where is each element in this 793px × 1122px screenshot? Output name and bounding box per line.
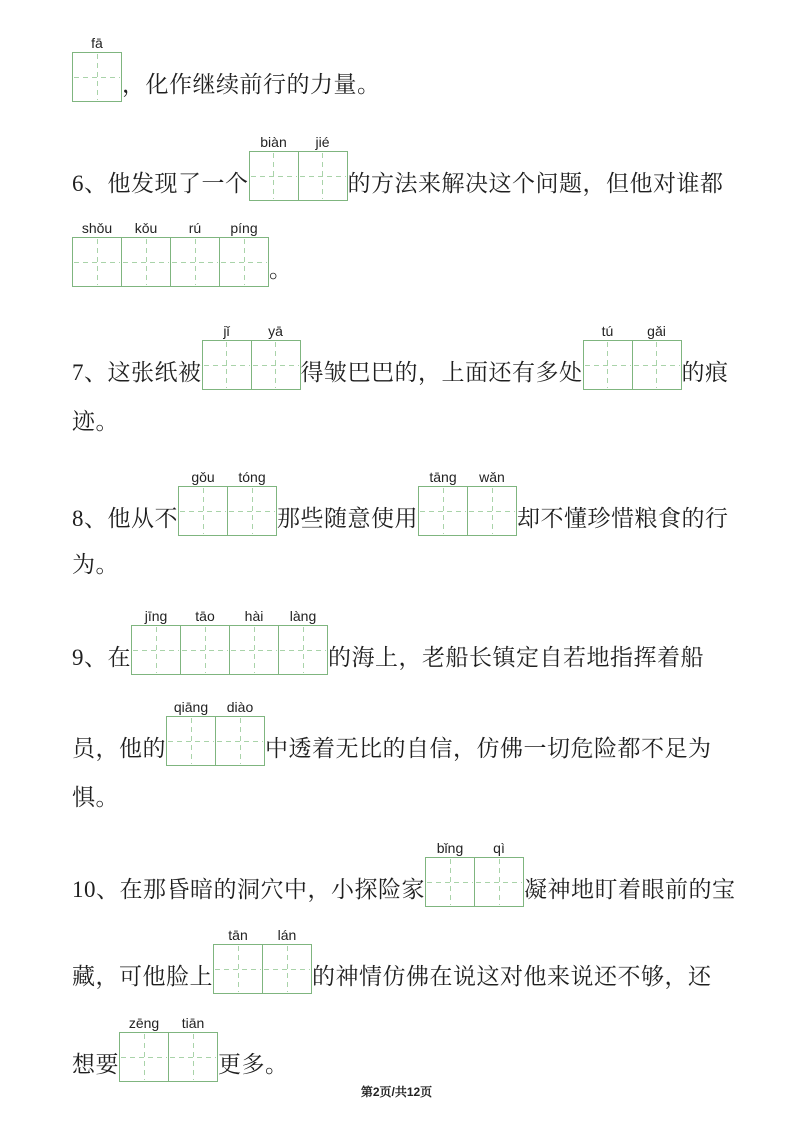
sentence-text: 的痕 [682,359,729,390]
pinyin-label: tóng [238,470,265,485]
worksheet-line: 6、他发现了一个 biàn jié 的方法来解决这个问题，但他对谁都 [72,135,745,201]
writing-box [215,716,265,766]
sentence-text: 中透着无比的自信，仿佛一切危险都不足为 [265,735,712,766]
worksheet-line: fā ，化作继续前行的力量。 [72,36,745,102]
writing-box [119,1032,169,1082]
answer-box-group: jǐ yā [202,324,301,390]
answer-box-group: gǒu tóng [178,470,277,536]
pinyin-label: tiān [182,1016,205,1031]
writing-box [121,237,171,287]
sentence-text: 7、这张纸被 [72,359,202,390]
sentence-text: 员，他的 [72,735,166,766]
answer-box-group: jīng tāo hài làng [131,609,328,675]
writing-box [72,52,122,102]
answer-cell: tāo [180,609,230,675]
writing-box [418,486,468,536]
writing-box [202,340,252,390]
answer-box-group: qiāng diào [166,700,265,766]
writing-box [632,340,682,390]
answer-cell: tú [583,324,633,390]
answer-box-group: fā [72,36,122,102]
answer-cell: rú [170,221,220,287]
pinyin-label: tāo [195,609,214,624]
worksheet-line: 为。 [72,551,745,582]
writing-box [213,944,263,994]
sentence-text: 藏，可他脸上 [72,963,213,994]
sentence-text: ，化作继续前行的力量。 [122,71,381,102]
pinyin-label: qì [493,841,505,856]
pinyin-label: tú [602,324,614,339]
writing-box [251,340,301,390]
pinyin-label: diào [227,700,253,715]
pinyin-label: jǐ [223,324,229,339]
answer-box-group: tān lán [213,928,312,994]
sentence-text: 为。 [72,551,119,582]
worksheet-line: 惧。 [72,784,745,815]
answer-cell: tāng [418,470,468,536]
writing-box [467,486,517,536]
worksheet-line: 8、他从不 gǒu tóng 那些随意使用 tāng wǎn 却不懂珍惜粮食的行 [72,470,745,536]
worksheet-line: 9、在 jīng tāo hài làng 的海上，老船长镇定自若地指挥着船 [72,609,745,675]
worksheet-line: 7、这张纸被 jǐ yā 得皱巴巴的，上面还有多处 tú gǎi 的痕 [72,324,745,390]
writing-box [178,486,228,536]
answer-cell: píng [219,221,269,287]
answer-cell: hài [229,609,279,675]
writing-box [219,237,269,287]
worksheet-line: 10、在那昏暗的洞穴中，小探险家 bǐng qì 凝神地盯着眼前的宝 [72,841,745,907]
answer-cell: zēng [119,1016,169,1082]
pinyin-label: bǐng [437,841,463,856]
writing-box [229,625,279,675]
answer-cell: qì [474,841,524,907]
pinyin-label: zēng [129,1016,159,1031]
pinyin-label: lán [278,928,297,943]
writing-box [227,486,277,536]
pinyin-label: kǒu [135,221,158,236]
writing-box [168,1032,218,1082]
writing-box [474,857,524,907]
pinyin-label: gǎi [647,324,666,339]
pinyin-label: tāng [429,470,456,485]
pinyin-label: jīng [145,609,168,624]
sentence-text: 想要 [72,1051,119,1082]
answer-cell: wǎn [467,470,517,536]
answer-cell: tān [213,928,263,994]
worksheet-line: 想要 zēng tiān 更多。 [72,1016,745,1082]
answer-cell: lán [262,928,312,994]
answer-cell: qiāng [166,700,216,766]
sentence-text: 惧。 [72,784,119,815]
answer-cell: biàn [249,135,299,201]
answer-box-group: zēng tiān [119,1016,218,1082]
writing-box [583,340,633,390]
pinyin-label: yā [268,324,283,339]
writing-box [72,237,122,287]
pinyin-label: fā [91,36,103,51]
sentence-text: 8、他从不 [72,505,178,536]
worksheet-line: shǒu kǒu rú píng 。 [72,221,745,287]
answer-box-group: shǒu kǒu rú píng [72,221,269,287]
writing-box [262,944,312,994]
answer-cell: gǒu [178,470,228,536]
sentence-text: 却不懂珍惜粮食的行 [517,505,729,536]
sentence-text: 的神情仿佛在说这对他来说还不够，还 [312,963,712,994]
writing-box [249,151,299,201]
answer-cell: yā [251,324,301,390]
writing-box [166,716,216,766]
pinyin-label: qiāng [174,700,208,715]
sentence-text: 。 [269,256,293,287]
worksheet-page: fā ，化作继续前行的力量。6、他发现了一个 biàn jié 的方法来解决这个… [0,0,793,1122]
answer-cell: jié [298,135,348,201]
writing-box [131,625,181,675]
pinyin-label: shǒu [82,221,112,236]
sentence-text: 得皱巴巴的，上面还有多处 [301,359,583,390]
writing-box [298,151,348,201]
sentence-text: 的方法来解决这个问题，但他对谁都 [348,170,724,201]
pinyin-label: hài [245,609,264,624]
writing-box [278,625,328,675]
answer-box-group: tāng wǎn [418,470,517,536]
sentence-text: 迹。 [72,408,119,439]
pinyin-label: wǎn [479,470,505,485]
sentence-text: 的海上，老船长镇定自若地指挥着船 [328,644,704,675]
answer-cell: fā [72,36,122,102]
answer-cell: kǒu [121,221,171,287]
sentence-text: 6、他发现了一个 [72,170,249,201]
answer-cell: gǎi [632,324,682,390]
pinyin-label: gǒu [191,470,214,485]
answer-box-group: bǐng qì [425,841,524,907]
pinyin-label: biàn [260,135,286,150]
sentence-text: 9、在 [72,644,131,675]
worksheet-line: 员，他的 qiāng diào 中透着无比的自信，仿佛一切危险都不足为 [72,700,745,766]
writing-box [425,857,475,907]
writing-box [180,625,230,675]
writing-box [170,237,220,287]
answer-cell: bǐng [425,841,475,907]
worksheet-line: 迹。 [72,408,745,439]
answer-box-group: biàn jié [249,135,348,201]
pinyin-label: tān [228,928,247,943]
answer-cell: jǐ [202,324,252,390]
pinyin-label: jié [315,135,329,150]
sentence-text: 那些随意使用 [277,505,418,536]
pinyin-label: làng [290,609,316,624]
answer-cell: diào [215,700,265,766]
pinyin-label: rú [189,221,201,236]
page-number: 第2页/共12页 [0,1083,793,1100]
sentence-text: 凝神地盯着眼前的宝 [524,876,736,907]
answer-cell: shǒu [72,221,122,287]
answer-box-group: tú gǎi [583,324,682,390]
worksheet-line: 藏，可他脸上 tān lán 的神情仿佛在说这对他来说还不够，还 [72,928,745,994]
answer-cell: tóng [227,470,277,536]
answer-cell: jīng [131,609,181,675]
answer-cell: làng [278,609,328,675]
sentence-text: 更多。 [218,1051,289,1082]
worksheet-body: fā ，化作继续前行的力量。6、他发现了一个 biàn jié 的方法来解决这个… [72,36,745,1082]
pinyin-label: píng [230,221,257,236]
answer-cell: tiān [168,1016,218,1082]
sentence-text: 10、在那昏暗的洞穴中，小探险家 [72,876,425,907]
